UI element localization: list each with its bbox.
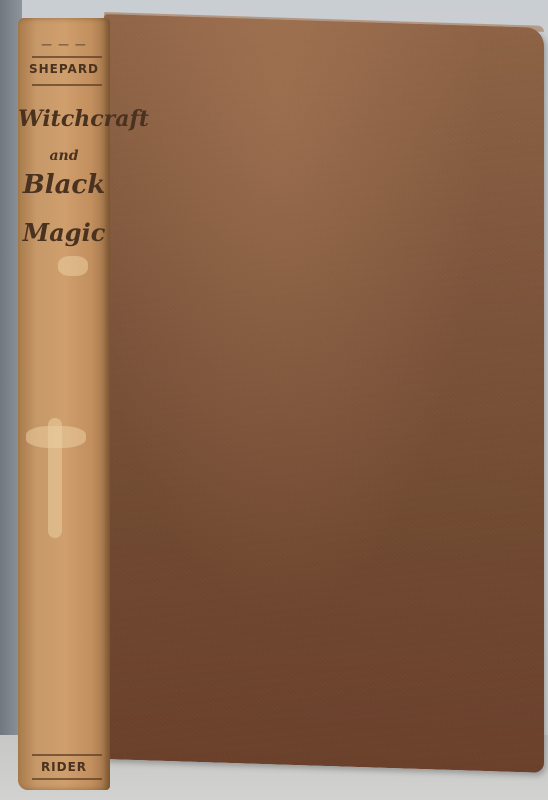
spine-publisher: RIDER bbox=[18, 760, 110, 774]
spine-rule-top bbox=[32, 56, 102, 58]
spine-title-line4: Magic bbox=[18, 218, 110, 247]
book-spine: — — — SHEPARD Witchcraft and Black Magic… bbox=[18, 18, 110, 790]
spine-rule-bottom bbox=[32, 84, 102, 86]
spine-title-line3: Black bbox=[18, 170, 110, 200]
spine-title-line2: and bbox=[18, 148, 110, 164]
spine-stain bbox=[58, 256, 88, 276]
spine-author: SHEPARD bbox=[18, 62, 110, 76]
spine-author-top: — — — bbox=[18, 38, 110, 51]
spine-rule-publisher-bottom bbox=[32, 778, 102, 780]
spine-stain bbox=[48, 418, 62, 538]
spine-rule-publisher-top bbox=[32, 754, 102, 756]
spine-title-line1: Witchcraft bbox=[18, 106, 110, 132]
book: — — — SHEPARD Witchcraft and Black Magic… bbox=[14, 14, 544, 786]
front-cover bbox=[104, 14, 544, 773]
